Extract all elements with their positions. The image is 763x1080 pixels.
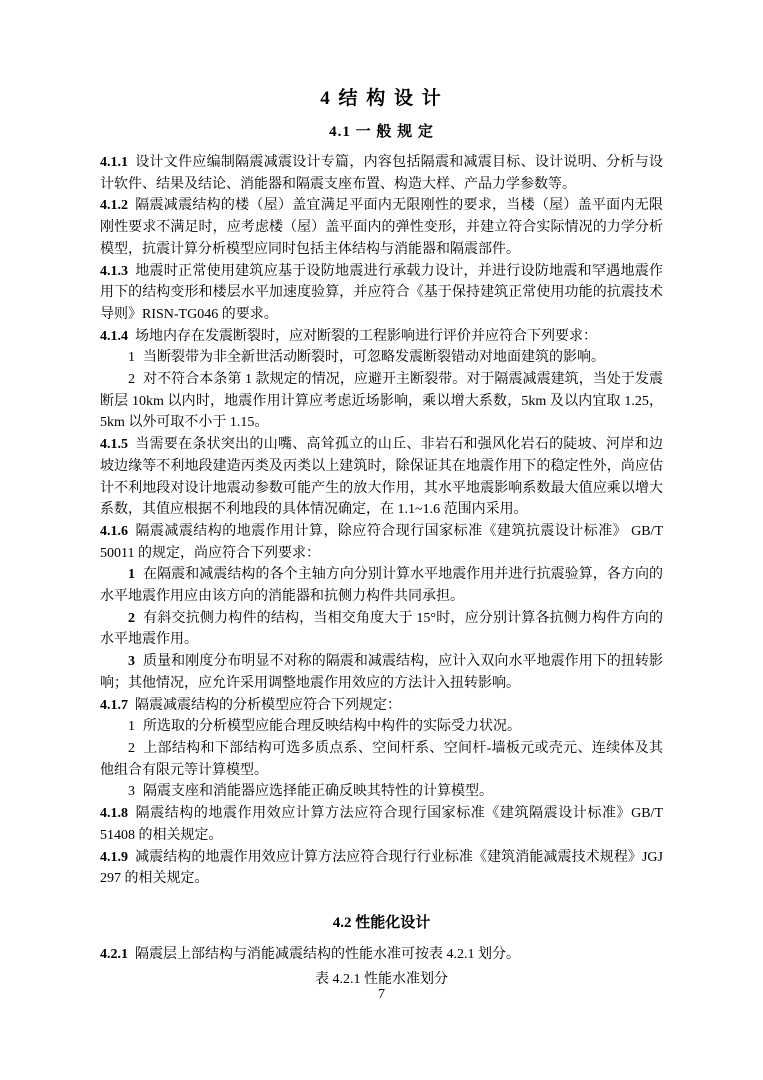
item-number: 1 — [128, 567, 135, 582]
clause-text: 当需要在条状突出的山嘴、高耸孤立的山丘、非岩石和强风化岩石的陡坡、河岸和边坡边缘… — [100, 437, 663, 517]
clause-text: 减震结构的地震作用效应计算方法应符合现行行业标准《建筑消能减震技术规程》JGJ … — [100, 850, 663, 887]
clause-number: 4.1.8 — [100, 806, 128, 821]
item-number: 3 — [128, 654, 135, 669]
clause-4-1-6-item-3: 3质量和刚度分布明显不对称的隔震和减震结构，应计入双向水平地震作用下的扭转影响；… — [100, 651, 663, 694]
clause-number: 4.1.2 — [100, 198, 128, 213]
clause-4-1-7-item-1: 1所选取的分析模型应能合理反映结构中构件的实际受力状况。 — [100, 716, 663, 738]
item-text: 上部结构和下部结构可选多质点系、空间杆系、空间杆-墙板元或壳元、连续体及其他组合… — [100, 741, 663, 778]
item-number: 2 — [128, 741, 135, 756]
clause-number: 4.1.1 — [100, 155, 128, 170]
clause-4-1-9: 4.1.9减震结构的地震作用效应计算方法应符合现行行业标准《建筑消能减震技术规程… — [100, 847, 663, 890]
item-number: 2 — [128, 372, 135, 387]
clause-4-1-6-item-1: 1在隔震和减震结构的各个主轴方向分别计算水平地震作用并进行抗震验算，各方向的水平… — [100, 564, 663, 607]
page-number: 7 — [0, 985, 763, 1005]
clause-number: 4.1.9 — [100, 850, 128, 865]
document-page: 4 结 构 设 计 4.1 一 般 规 定 4.1.1设计文件应编制隔震减震设计… — [0, 0, 763, 1080]
clause-number: 4.1.3 — [100, 264, 128, 279]
clause-text: 隔震减震结构的分析模型应符合下列规定： — [135, 698, 401, 713]
clause-text: 隔震结构的地震作用效应计算方法应符合现行国家标准《建筑隔震设计标准》GB/T 5… — [100, 806, 663, 843]
clause-4-1-4-item-2: 2对不符合本条第 1 款规定的情况，应避开主断裂带。对于隔震减震建筑，当处于发震… — [100, 369, 663, 434]
item-text: 有斜交抗侧力构件的结构，当相交角度大于 15°时，应分别计算各抗侧力构件方向的水… — [100, 611, 663, 648]
item-number: 1 — [128, 350, 135, 365]
clause-4-1-4: 4.1.4场地内存在发震断裂时，应对断裂的工程影响进行评价并应符合下列要求： — [100, 326, 663, 348]
clause-4-1-5: 4.1.5当需要在条状突出的山嘴、高耸孤立的山丘、非岩石和强风化岩石的陡坡、河岸… — [100, 434, 663, 521]
clause-4-1-1: 4.1.1设计文件应编制隔震减震设计专篇，内容包括隔震和减震目标、设计说明、分析… — [100, 152, 663, 195]
item-text: 在隔震和减震结构的各个主轴方向分别计算水平地震作用并进行抗震验算，各方向的水平地… — [100, 567, 663, 604]
clause-4-1-6-item-2: 2有斜交抗侧力构件的结构，当相交角度大于 15°时，应分别计算各抗侧力构件方向的… — [100, 608, 663, 651]
clause-text: 场地内存在发震断裂时，应对断裂的工程影响进行评价并应符合下列要求： — [135, 329, 597, 344]
clause-4-2-1: 4.2.1隔震层上部结构与消能减震结构的性能水准可按表 4.2.1 划分。 — [100, 944, 663, 966]
clause-text: 设计文件应编制隔震减震设计专篇，内容包括隔震和减震目标、设计说明、分析与设计软件… — [100, 155, 663, 192]
section-4-2-title: 4.2 性能化设计 — [100, 912, 663, 934]
clause-4-1-4-item-1: 1当断裂带为非全新世活动断裂时，可忽略发震断裂错动对地面建筑的影响。 — [100, 347, 663, 369]
item-text: 对不符合本条第 1 款规定的情况，应避开主断裂带。对于隔震减震建筑，当处于发震断… — [100, 372, 663, 430]
item-number: 1 — [128, 719, 135, 734]
clause-number: 4.1.4 — [100, 329, 128, 344]
clause-4-1-8: 4.1.8隔震结构的地震作用效应计算方法应符合现行国家标准《建筑隔震设计标准》G… — [100, 803, 663, 846]
section-4-1-title: 4.1 一 般 规 定 — [100, 121, 663, 143]
chapter-title: 4 结 构 设 计 — [100, 86, 663, 112]
clause-number: 4.2.1 — [100, 947, 128, 962]
clause-4-1-6: 4.1.6隔震减震结构的地震作用计算，除应符合现行国家标准《建筑抗震设计标准》 … — [100, 521, 663, 564]
page-content: 4 结 构 设 计 4.1 一 般 规 定 4.1.1设计文件应编制隔震减震设计… — [100, 86, 663, 990]
clause-text: 地震时正常使用建筑应基于设防地震进行承载力设计，并进行设防地震和罕遇地震作用下的… — [100, 264, 663, 322]
item-text: 隔震支座和消能器应选择能正确反映其特性的计算模型。 — [143, 784, 493, 799]
item-number: 2 — [128, 611, 135, 626]
clause-number: 4.1.5 — [100, 437, 128, 452]
clause-number: 4.1.6 — [100, 524, 128, 539]
clause-number: 4.1.7 — [100, 698, 128, 713]
item-text: 当断裂带为非全新世活动断裂时，可忽略发震断裂错动对地面建筑的影响。 — [143, 350, 605, 365]
clause-4-1-7-item-2: 2上部结构和下部结构可选多质点系、空间杆系、空间杆-墙板元或壳元、连续体及其他组… — [100, 738, 663, 781]
clause-4-1-7-item-3: 3隔震支座和消能器应选择能正确反映其特性的计算模型。 — [100, 781, 663, 803]
item-text: 所选取的分析模型应能合理反映结构中构件的实际受力状况。 — [143, 719, 521, 734]
clause-text: 隔震减震结构的楼（屋）盖宜满足平面内无限刚性的要求，当楼（屋）盖平面内无限刚性要… — [100, 198, 663, 256]
clause-4-1-2: 4.1.2隔震减震结构的楼（屋）盖宜满足平面内无限刚性的要求，当楼（屋）盖平面内… — [100, 195, 663, 260]
clause-4-1-3: 4.1.3地震时正常使用建筑应基于设防地震进行承载力设计，并进行设防地震和罕遇地… — [100, 261, 663, 326]
clause-text: 隔震层上部结构与消能减震结构的性能水准可按表 4.2.1 划分。 — [135, 947, 520, 962]
item-text: 质量和刚度分布明显不对称的隔震和减震结构，应计入双向水平地震作用下的扭转影响；其… — [100, 654, 663, 691]
clause-text: 隔震减震结构的地震作用计算，除应符合现行国家标准《建筑抗震设计标准》 GB/T … — [100, 524, 663, 561]
clause-4-1-7: 4.1.7隔震减震结构的分析模型应符合下列规定： — [100, 695, 663, 717]
item-number: 3 — [128, 784, 135, 799]
